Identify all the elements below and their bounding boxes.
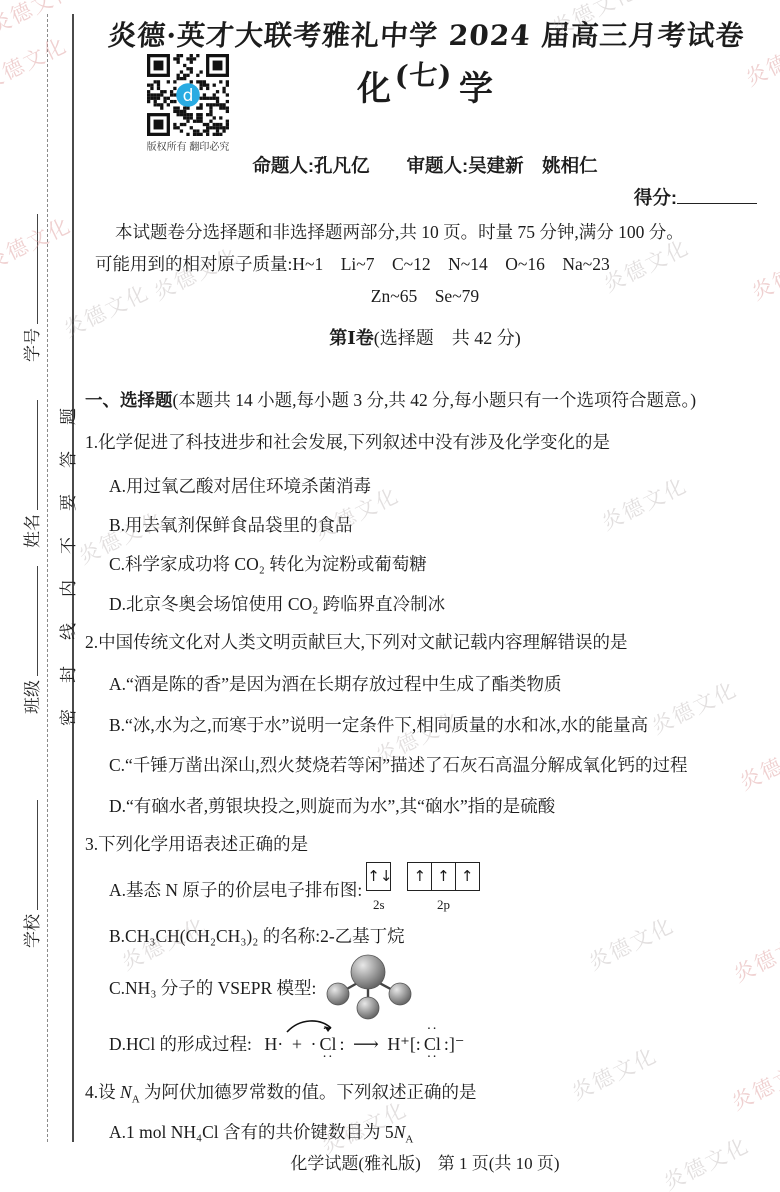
lewis-cl-predot: · <box>310 1034 316 1054</box>
orbital-2s-group: ↑↓ 2s <box>366 862 391 917</box>
lewis-cl-colon: : <box>339 1034 344 1054</box>
instr-bold: 一、选择题 <box>85 390 173 410</box>
orbital-box-2p3: ↑ <box>455 862 480 891</box>
sidebar-field-name: 姓名 <box>18 400 43 548</box>
watermark: 炎德文化 <box>0 29 72 96</box>
lewis-product-open: H⁺[: <box>387 1034 421 1054</box>
fill-blank <box>25 214 38 324</box>
seal-dashed-line <box>47 14 48 1142</box>
question-1-option-b: B.用去氧剂保鲜食品袋里的食品 <box>85 513 765 537</box>
qr-caption: 版权所有 翻印必究 <box>141 138 235 153</box>
orbital-label-2s: 2s <box>373 893 385 917</box>
electron-dots: ·· <box>322 1054 333 1061</box>
question-2-option-b: B.“冰,水为之,而寒于水”说明一定条件下,相同质量的水和冰,水的能量高 <box>85 713 765 737</box>
page-content: 炎德·英才大联考雅礼中学 2024 届高三月考试卷(七) d 版权所有 翻印必究… <box>85 0 765 1192</box>
orbital-box-2p2: ↑ <box>431 862 456 891</box>
setters-line: 命题人:孔凡亿 审题人:吴建新 姚相仁 <box>85 154 765 178</box>
sidebar-field-class: 班级 <box>18 566 43 714</box>
question-1-option-a: A.用过氧乙酸对居住环境杀菌消毒 <box>85 474 765 498</box>
question-2-option-c: C.“千锤万凿出深山,烈火焚烧若等闲”描述了石灰石高温分解成氧化钙的过程 <box>85 753 765 777</box>
lewis-product-close: :]⁻ <box>444 1034 465 1054</box>
electron-dots: ·· <box>427 1026 438 1033</box>
electron-dots: ·· <box>427 1054 438 1061</box>
lewis-structure: H· + ···Cl··: ⟶ H⁺[:··Cl··:]⁻ <box>262 1032 466 1056</box>
question-1-option-d: D.北京冬奥会场馆使用 CO₂ 跨临界直冷制冰 <box>85 592 765 616</box>
section1-title: 第Ⅰ卷(选择题 共 42 分) <box>85 326 765 350</box>
sidebar-field-label: 学号 <box>23 328 42 362</box>
score-label: 得分: <box>634 187 677 208</box>
page-footer: 化学试题(雅礼版) 第 1 页(共 10 页) <box>85 1152 765 1176</box>
sidebar-field-label: 学校 <box>23 914 42 948</box>
orbital-label-2p: 2p <box>437 893 450 917</box>
intro-line-1: 本试题卷分选择题和非选择题两部分,共 10 页。时量 75 分钟,满分 100 … <box>85 220 765 244</box>
orbital-2p-group: ↑ ↑ ↑ 2p <box>407 862 479 917</box>
instr-rest: (本题共 14 小题,每小题 3 分,共 42 分,每小题只有一个选项符合题意。… <box>173 390 697 410</box>
question-3-option-d: D.HCl 的形成过程: H· + ···Cl··: ⟶ H⁺[:··Cl··:… <box>85 1032 765 1056</box>
sidebar-field-school: 学校 <box>18 800 43 948</box>
lewis-cl-atom: ··Cl·· <box>319 1032 336 1056</box>
seal-warning-text: 密封线内不要答题 <box>54 382 79 726</box>
fill-blank <box>25 566 38 676</box>
orbital-box-2s: ↑↓ <box>366 862 391 891</box>
question-4-option-a: A.1 mol NH₄Cl 含有的共价键数目为 5NA <box>85 1120 765 1152</box>
fill-blank <box>25 800 38 910</box>
score-blank <box>677 188 757 204</box>
orbital-box-2p1: ↑ <box>407 862 432 891</box>
option-d-text: D.HCl 的形成过程: <box>109 1034 252 1054</box>
question-1-stem: 1.化学促进了科技进步和社会发展,下列叙述中没有涉及化学变化的是 <box>85 430 765 454</box>
electron-dots: ·· <box>322 1026 333 1033</box>
lewis-product-cl: ··Cl·· <box>424 1032 441 1056</box>
orbital-diagram: ↑↓ 2s ↑ ↑ ↑ 2p <box>366 862 479 917</box>
section1-title-rest: (选择题 共 42 分) <box>374 328 521 348</box>
intro-atomic-masses-2: Zn~65 Se~79 <box>85 284 765 308</box>
vsepr-model-image <box>322 950 414 1026</box>
section1-title-bold: 第Ⅰ卷 <box>329 328 373 348</box>
question-1-option-c: C.科学家成功将 CO₂ 转化为淀粉或葡萄糖 <box>85 552 765 576</box>
section1-instructions: 一、选择题(本题共 14 小题,每小题 3 分,共 42 分,每小题只有一个选项… <box>85 388 765 412</box>
intro-atomic-masses: 可能用到的相对原子质量:H~1 Li~7 C~12 N~14 O~16 Na~2… <box>85 252 765 276</box>
question-3-option-b: B.CH₃CH(CH₂CH₃)₂ 的名称:2-乙基丁烷 <box>85 924 765 948</box>
fill-blank <box>25 400 38 510</box>
lewis-plus: + <box>292 1034 302 1054</box>
sidebar-field-label: 班级 <box>23 680 42 714</box>
sidebar-field-student-id: 学号 <box>18 214 43 362</box>
option-c-text: C.NH₃ 分子的 VSEPR 模型: <box>109 976 316 1000</box>
question-3-option-a: A.基态 N 原子的价层电子排布图: ↑↓ 2s ↑ ↑ ↑ 2p <box>85 862 765 917</box>
question-3-option-c: C.NH₃ 分子的 VSEPR 模型: <box>85 950 765 1026</box>
question-2-stem: 2.中国传统文化对人类文明贡献巨大,下列对文献记载内容理解错误的是 <box>85 630 765 654</box>
question-3-stem: 3.下列化学用语表述正确的是 <box>85 832 765 856</box>
sidebar-field-label: 姓名 <box>23 514 42 548</box>
question-4-stem: 4.设 NA 为阿伏加德罗常数的值。下列叙述正确的是 <box>85 1080 765 1112</box>
watermark: 炎德文化 <box>0 0 80 41</box>
reaction-arrow: ⟶ <box>353 1034 379 1054</box>
lewis-h: H· <box>264 1034 283 1054</box>
subject-title: 化 学 <box>85 78 765 102</box>
qr-block: d 版权所有 翻印必究 <box>141 54 235 153</box>
option-a-text: A.基态 N 原子的价层电子排布图: <box>109 878 362 902</box>
score-row: 得分: <box>85 186 765 210</box>
question-2-option-a: A.“酒是陈的香”是因为酒在长期存放过程中生成了酯类物质 <box>85 672 765 696</box>
question-2-option-d: D.“有硇水者,剪银块投之,则旋而为水”,其“硇水”指的是硫酸 <box>85 794 765 818</box>
